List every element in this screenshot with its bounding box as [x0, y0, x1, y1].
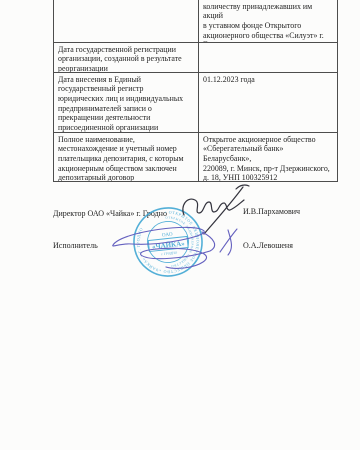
table-cell-label: Полное наименование, местонахождение и у… [54, 133, 199, 181]
table-cell-label: Дата внесения в Единый государственный р… [54, 73, 199, 132]
table-cell-label [54, 0, 199, 42]
table-row: Полное наименование, местонахождение и у… [54, 133, 337, 182]
handwritten-signatures [100, 178, 270, 284]
table-cell-value: Открытое акционерное общество «Сберегате… [199, 133, 337, 181]
table-cell-value: 01.12.2023 года [199, 73, 337, 132]
table-cell-label: Дата государственной регистрации организ… [54, 43, 199, 72]
table-row: Дата внесения в Единый государственный р… [54, 73, 337, 133]
table-cell-value: количеству принадлежавших им акций в уст… [199, 0, 337, 42]
executor-title-label: Исполнитель [53, 241, 98, 251]
registration-table: количеству принадлежавших им акций в уст… [53, 0, 338, 182]
table-row: Дата государственной регистрации организ… [54, 43, 337, 73]
table-cell-value [199, 43, 337, 72]
executor-signature-icon [113, 227, 237, 268]
table-row: количеству принадлежавших им акций в уст… [54, 0, 337, 43]
director-signature-icon [183, 185, 249, 234]
